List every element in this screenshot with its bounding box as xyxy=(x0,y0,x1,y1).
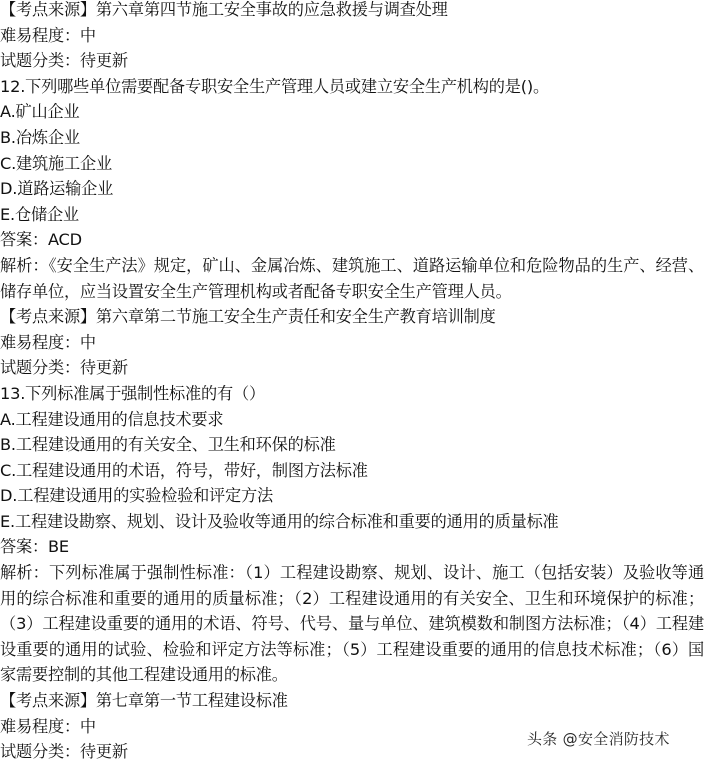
option-d: D.工程建设通用的实验检验和评定方法 xyxy=(0,483,704,509)
category-line: 试题分类：待更新 xyxy=(0,48,704,74)
question-text: 13.下列标准属于强制性标准的有（） xyxy=(0,381,704,407)
difficulty-line: 难易程度：中 xyxy=(0,330,704,356)
option-a: A.矿山企业 xyxy=(0,99,704,125)
option-b: B.冶炼企业 xyxy=(0,125,704,151)
source-line: 【考点来源】第六章第四节施工安全事故的应急救援与调查处理 xyxy=(0,0,704,23)
source-line: 【考点来源】第七章第一节工程建设标准 xyxy=(0,688,704,714)
watermark: 头条 @安全消防技术 xyxy=(527,728,670,749)
question-text: 12.下列哪些单位需要配备专职安全生产管理人员或建立安全生产机构的是()。 xyxy=(0,74,704,100)
option-c: C.建筑施工企业 xyxy=(0,151,704,177)
category-line: 试题分类：待更新 xyxy=(0,355,704,381)
analysis-paragraph: 解析：《安全生产法》规定，矿山、金属冶炼、建筑施工、道路运输单位和危险物品的生产… xyxy=(0,253,704,304)
document-body: 【考点来源】第六章第四节施工安全事故的应急救援与调查处理 难易程度：中 试题分类… xyxy=(0,0,704,764)
question-12: 12.下列哪些单位需要配备专职安全生产管理人员或建立安全生产机构的是()。 A.… xyxy=(0,74,704,381)
option-a: A.工程建设通用的信息技术要求 xyxy=(0,407,704,433)
option-e: E.仓储企业 xyxy=(0,202,704,228)
question-13: 13.下列标准属于强制性标准的有（） A.工程建设通用的信息技术要求 B.工程建… xyxy=(0,381,704,764)
answer-line: 答案：ACD xyxy=(0,227,704,253)
answer-line: 答案：BE xyxy=(0,534,704,560)
source-line: 【考点来源】第六章第二节施工安全生产责任和安全生产教育培训制度 xyxy=(0,304,704,330)
option-c: C.工程建设通用的术语，符号，带好，制图方法标准 xyxy=(0,458,704,484)
option-e: E.工程建设勘察、规划、设计及验收等通用的综合标准和重要的通用的质量标准 xyxy=(0,509,704,535)
option-d: D.道路运输企业 xyxy=(0,176,704,202)
difficulty-line: 难易程度：中 xyxy=(0,23,704,49)
option-b: B.工程建设通用的有关安全、卫生和环保的标准 xyxy=(0,432,704,458)
analysis-paragraph: 解析：下列标准属于强制性标准：（1）工程建设勘察、规划、设计、施工（包括安装）及… xyxy=(0,560,704,688)
